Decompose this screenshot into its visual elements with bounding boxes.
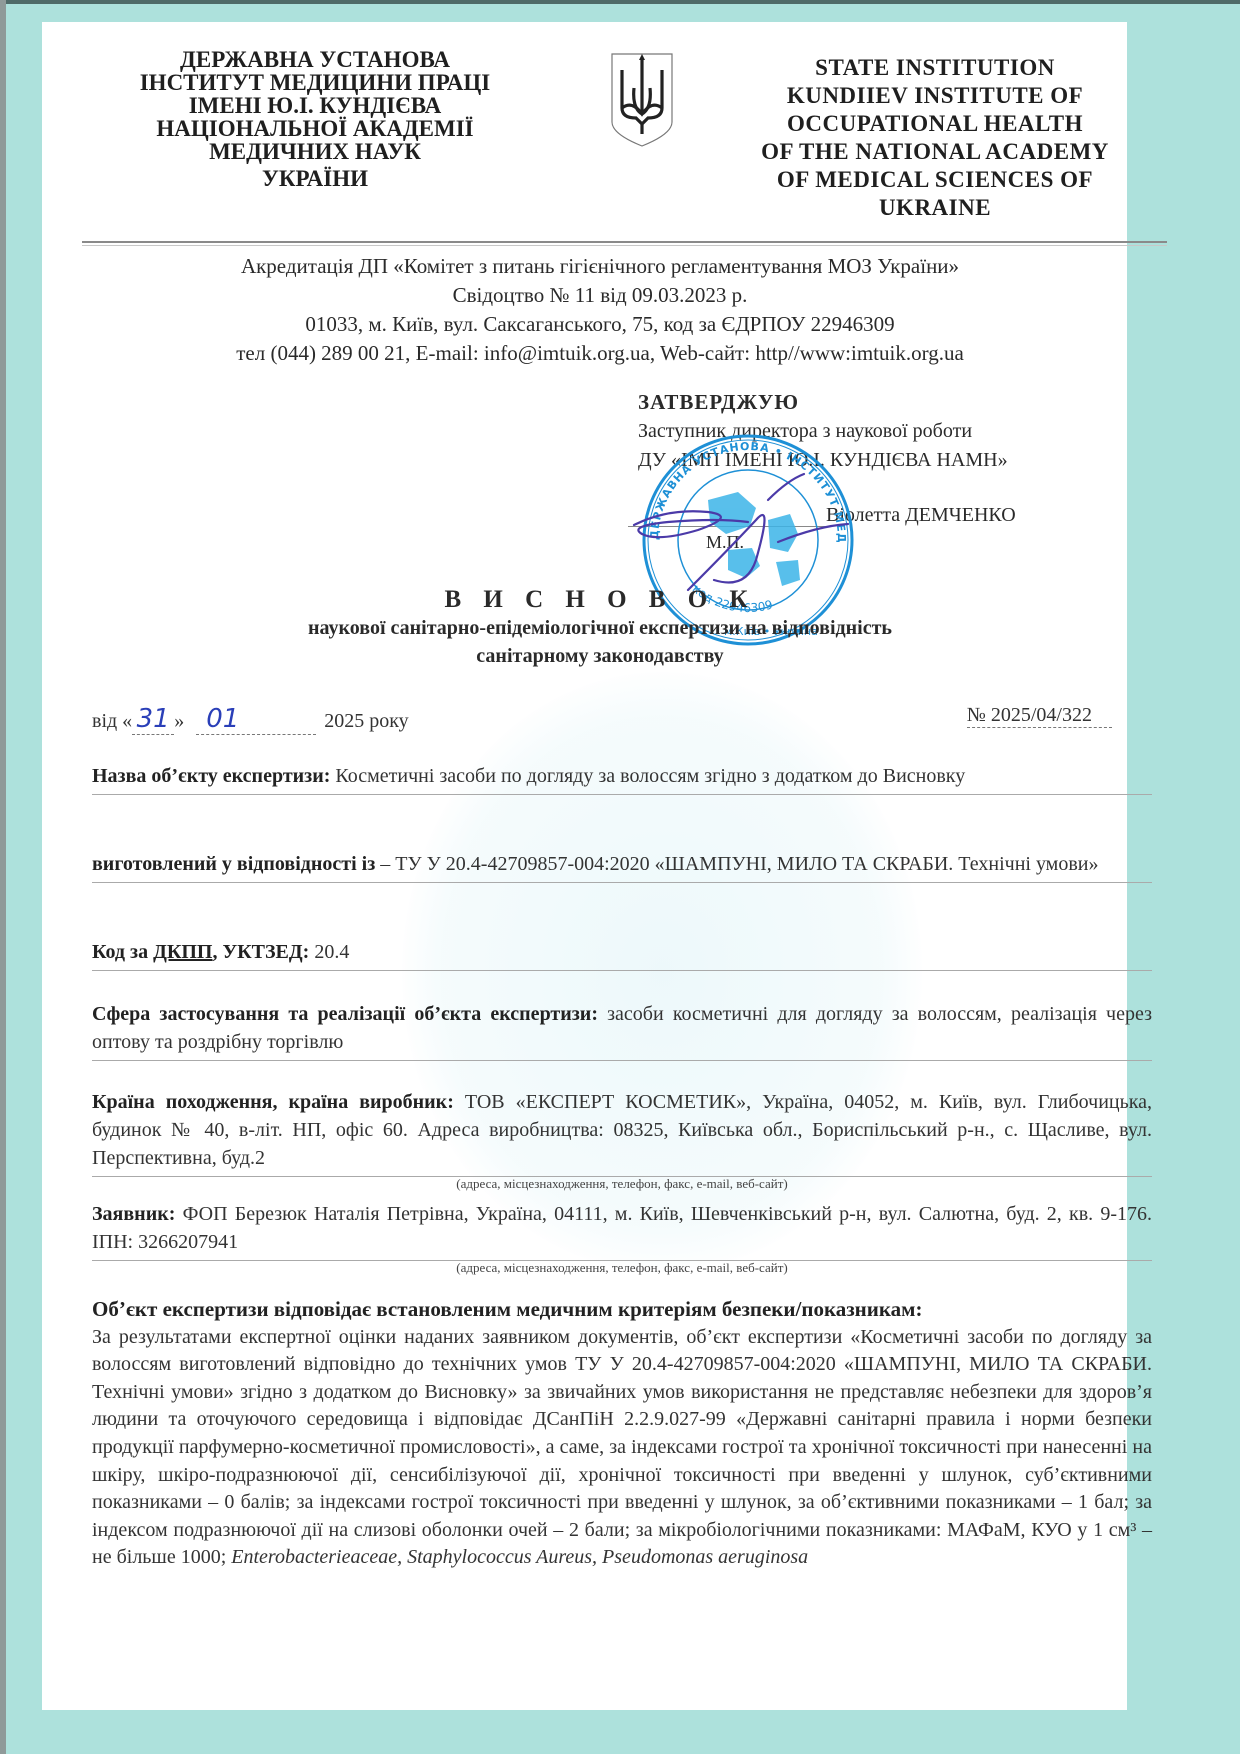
ua-line: НАЦІОНАЛЬНОЇ АКАДЕМІЇ [100, 117, 530, 140]
accreditation-text: Акредитація ДП «Комітет з питань гігієні… [100, 252, 1100, 281]
contact-block: Акредитація ДП «Комітет з питань гігієні… [100, 252, 1100, 368]
conclusion-heading: В И С Н О В О К наукової санітарно-епіде… [200, 586, 1000, 670]
field-underline [92, 882, 1152, 883]
en-line: OF MEDICAL SCIENCES OF [745, 166, 1125, 194]
ukraine-trident-icon [610, 52, 674, 148]
date-day-handwritten: 31 [137, 704, 170, 734]
date-month-handwritten: 01 [206, 704, 239, 734]
field-caption: (адреса, місцезнаходження, телефон, факс… [92, 1261, 1152, 1275]
ua-line: УКРАЇНИ [100, 167, 530, 190]
compliance-section: Об’єкт експертизи відповідає встановлени… [92, 1296, 1152, 1572]
field-value: – ТУ У 20.4-42709857-004:2020 «ШАМПУНІ, … [380, 853, 1098, 875]
code-label-dkpp: ДКПП [153, 941, 212, 963]
field-label: Країна походження, країна виробник: [92, 1091, 454, 1113]
certificate-text: Свідоцтво № 11 від 09.03.2023 р. [100, 281, 1100, 310]
code-label-post: , УКТЗЕД: [212, 941, 309, 963]
compliance-italic-organisms: Enterobacterieaceae, Staphylococcus Aure… [231, 1546, 808, 1568]
field-code: Код за ДКПП, УКТЗЕД: 20.4 [92, 938, 1152, 971]
code-label-pre: Код за [92, 941, 153, 963]
field-label: Назва об’єкту експертизи: [92, 765, 330, 787]
field-label: Заявник: [92, 1203, 175, 1225]
conclusion-title: В И С Н О В О К [200, 586, 1000, 614]
field-applicant: Заявник: ФОП Березюк Наталія Петрівна, У… [92, 1200, 1152, 1275]
field-label: виготовлений у відповідності із [92, 853, 375, 875]
field-value: Косметичні засоби по догляду за волоссям… [335, 765, 965, 787]
ua-line: ІНСТИТУТ МЕДИЦИНИ ПРАЦІ [100, 71, 530, 94]
institution-name-en: STATE INSTITUTION KUNDIIEV INSTITUTE OF … [745, 54, 1125, 222]
conclusion-subtitle-1: наукової санітарно-епідеміологічної експ… [200, 614, 1000, 642]
ua-line: МЕДИЧНИХ НАУК [100, 140, 530, 163]
field-value: ФОП Березюк Наталія Петрівна, Україна, 0… [92, 1203, 1152, 1253]
field-value: 20.4 [314, 941, 349, 963]
field-object-name: Назва об’єкту експертизи: Косметичні зас… [92, 762, 1152, 795]
ua-line: ДЕРЖАВНА УСТАНОВА [100, 48, 530, 71]
approval-title: ЗАТВЕРДЖУЮ [638, 388, 1138, 417]
address-text: 01033, м. Київ, вул. Саксаганського, 75,… [100, 310, 1100, 339]
field-manufactured: виготовлений у відповідності із – ТУ У 2… [92, 850, 1152, 883]
en-line: KUNDIIEV INSTITUTE OF [745, 82, 1125, 110]
header-divider-thin [82, 245, 1167, 246]
compliance-paragraph: За результатами експертної оцінки надани… [92, 1324, 1152, 1572]
field-caption: (адреса, місцезнаходження, телефон, факс… [92, 1177, 1152, 1191]
date-year: 2025 року [324, 710, 408, 732]
en-line: OCCUPATIONAL HEALTH [745, 110, 1125, 138]
approver-name: Віолетта ДЕМЧЕНКО [826, 501, 1138, 530]
field-scope: Сфера застосування та реалізації об’єкта… [92, 1000, 1152, 1061]
scan-edge-left [0, 0, 6, 1754]
field-label: Сфера застосування та реалізації об’єкта… [92, 1003, 598, 1025]
field-underline [92, 794, 1152, 795]
date-prefix: від « [92, 710, 132, 732]
ua-line: ІМЕНІ Ю.І. КУНДІЄВА [100, 94, 530, 117]
compliance-heading: Об’єкт експертизи відповідає встановлени… [92, 1296, 1152, 1324]
field-underline [92, 970, 1152, 971]
en-line: OF THE NATIONAL ACADEMY [745, 138, 1125, 166]
date-number-row: від «31»012025 року № 2025/04/322 [92, 704, 1112, 735]
institution-name-ua: ДЕРЖАВНА УСТАНОВА ІНСТИТУТ МЕДИЦИНИ ПРАЦ… [100, 48, 530, 190]
phone-email-text: тел (044) 289 00 21, E-mail: info@imtuik… [100, 339, 1100, 368]
en-line: STATE INSTITUTION [745, 54, 1125, 82]
field-origin: Країна походження, країна виробник: ТОВ … [92, 1088, 1152, 1191]
field-label: Код за ДКПП, УКТЗЕД: [92, 941, 309, 963]
field-underline [92, 1060, 1152, 1061]
scan-edge-top [0, 0, 1240, 4]
header-divider [82, 241, 1167, 243]
date-mid: » [174, 710, 184, 732]
conclusion-subtitle-2: санітарному законодавству [200, 642, 1000, 670]
compliance-text: За результатами експертної оцінки надани… [92, 1326, 1152, 1569]
document-number: № 2025/04/322 [967, 704, 1112, 728]
en-line: UKRAINE [745, 194, 1125, 222]
